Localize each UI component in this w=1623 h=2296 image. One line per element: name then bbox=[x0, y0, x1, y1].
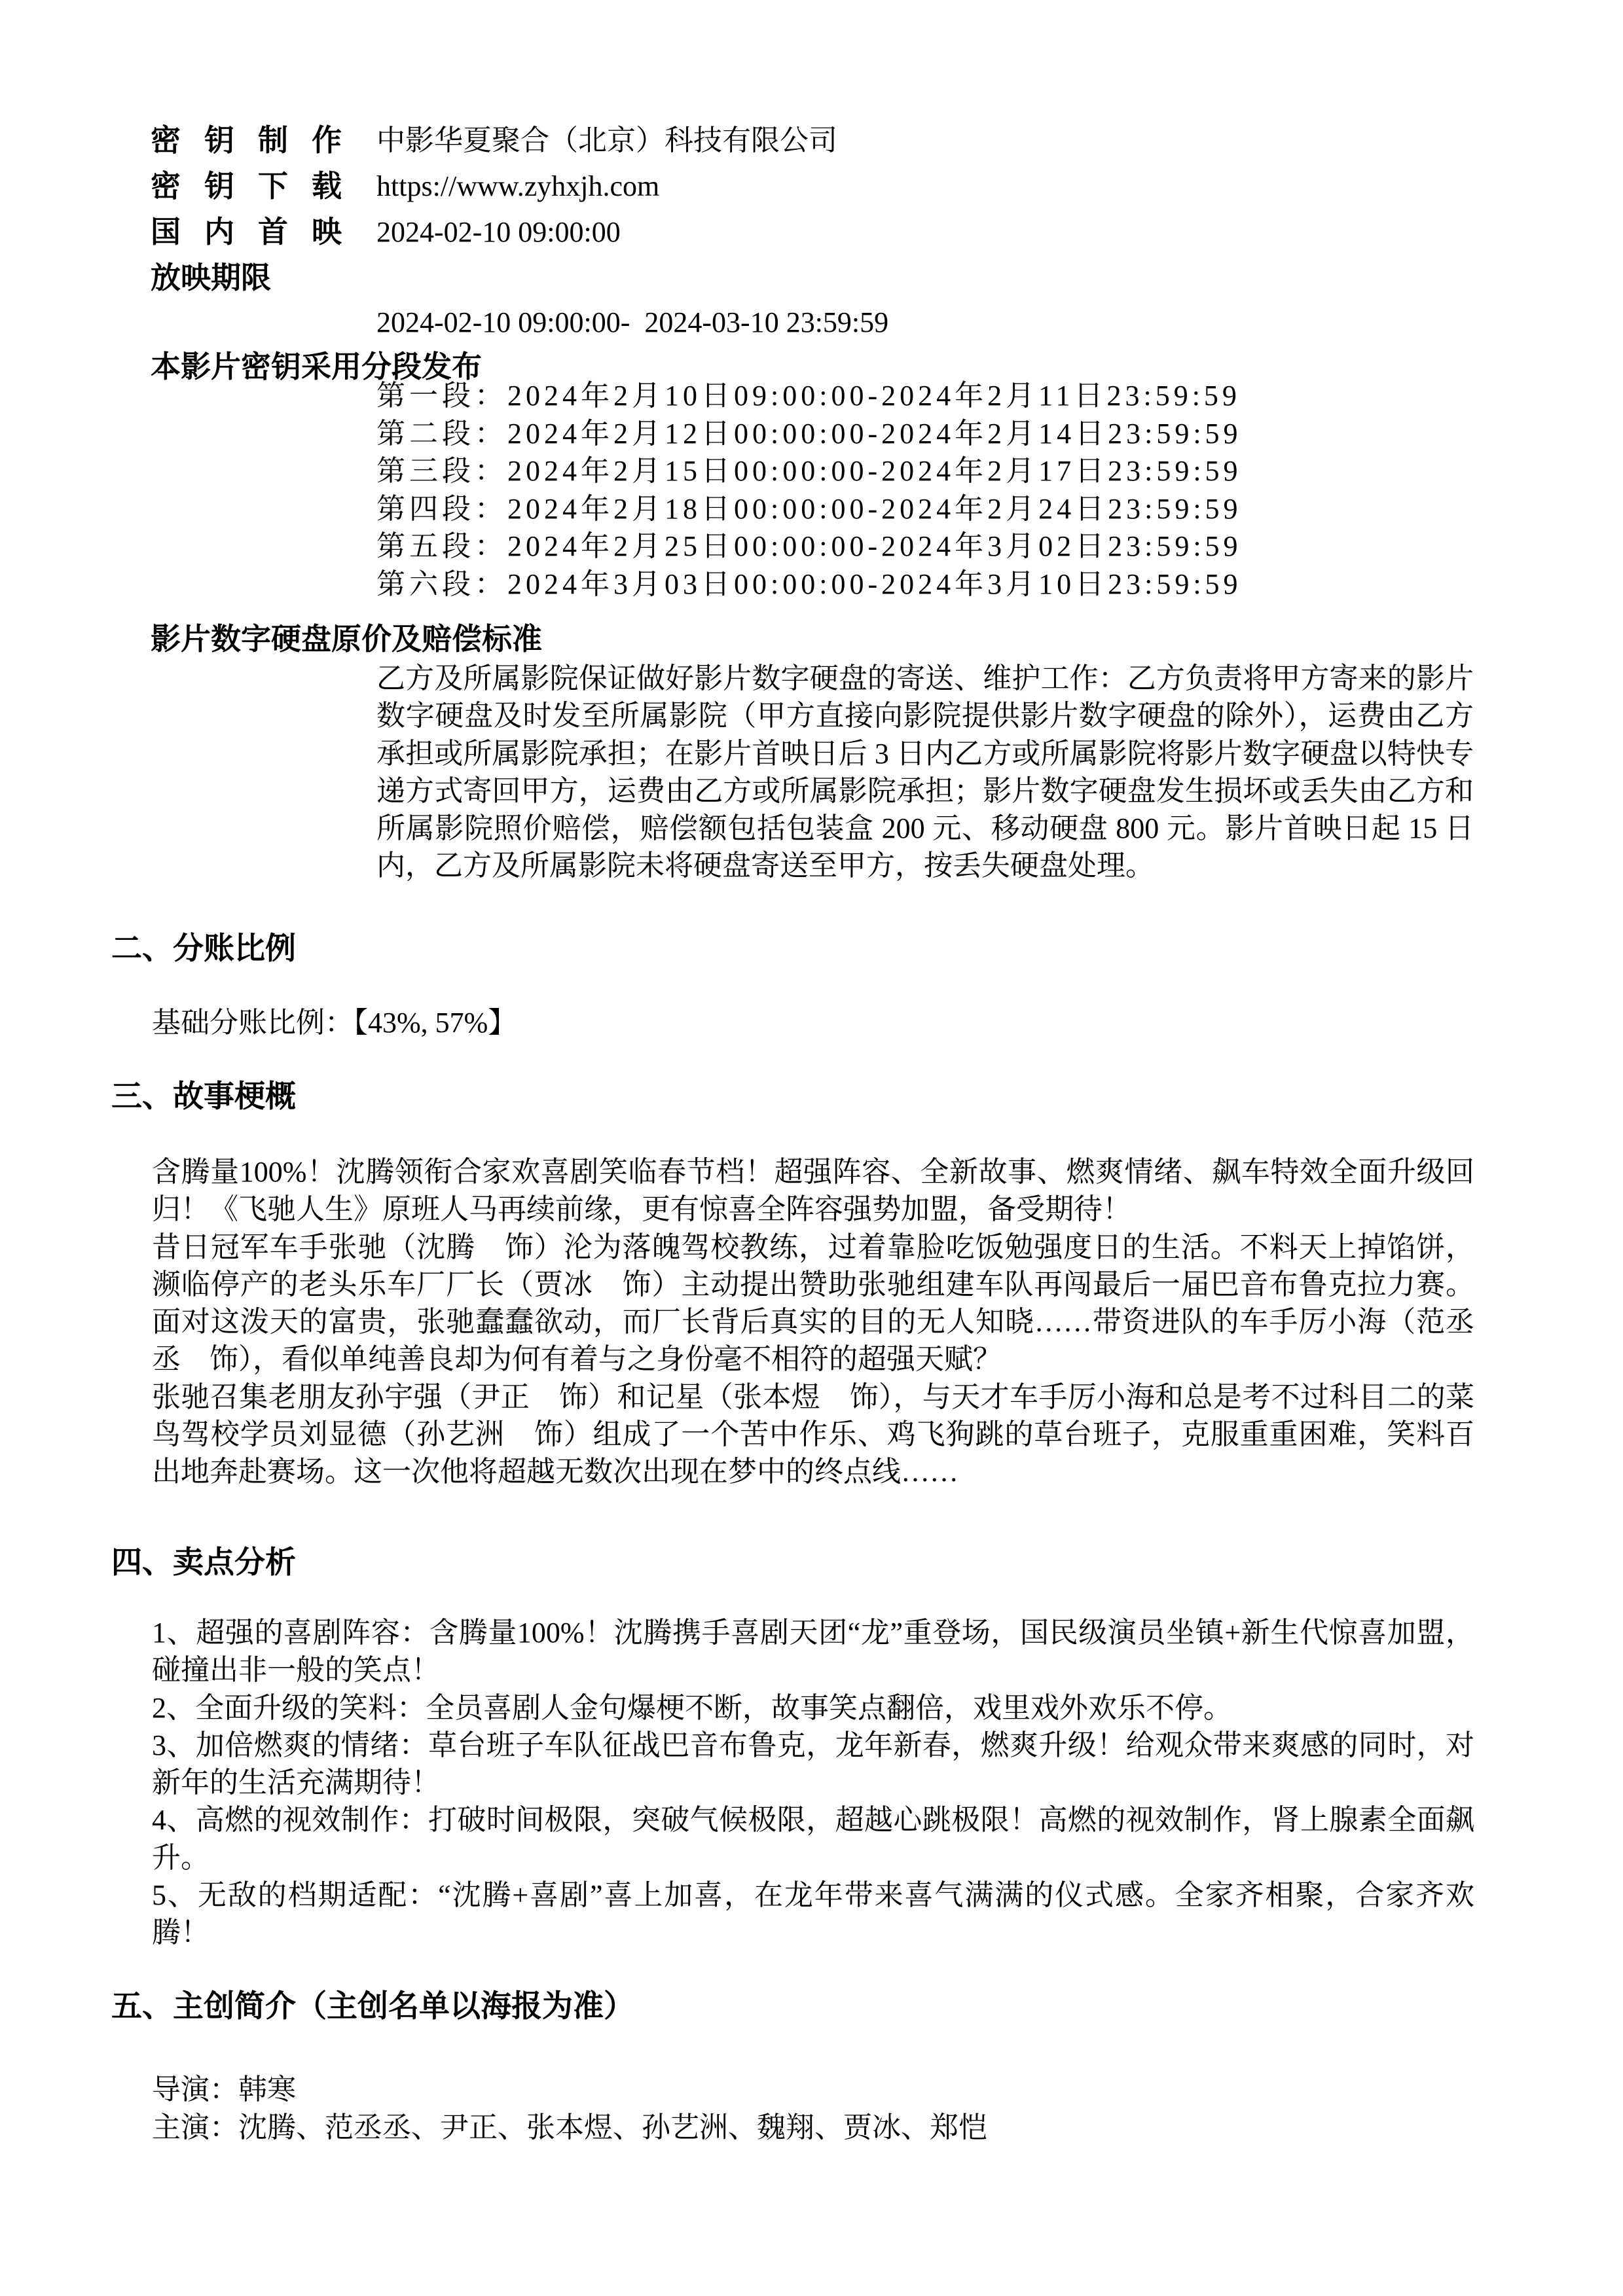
segment-line: 第五段：2024年2月25日00:00:00-2024年3月02日23:59:5… bbox=[376, 528, 1242, 565]
key-download-url: https://www.zyhxjh.com bbox=[376, 168, 659, 205]
share-ratio-line: 基础分账比例：【43%, 57%】 bbox=[152, 1004, 517, 1041]
selling-point-item: 3、加倍燃爽的情绪：草台班子车队征战巴音布鲁克，龙年新春，燃爽升级！给观众带来爽… bbox=[152, 1727, 1474, 1802]
key-maker-label: 密 钥 制 作 bbox=[151, 122, 342, 159]
disk-compensation-paragraph: 乙方及所属影院保证做好影片数字硬盘的寄送、维护工作：乙方负责将甲方寄来的影片数字… bbox=[376, 660, 1474, 885]
section-selling-heading: 四、卖点分析 bbox=[111, 1543, 296, 1581]
segment-line: 第四段：2024年2月18日00:00:00-2024年2月24日23:59:5… bbox=[376, 490, 1242, 528]
segment-line: 第一段：2024年2月10日09:00:00-2024年2月11日23:59:5… bbox=[376, 377, 1242, 415]
director-line: 导演：韩寒 bbox=[152, 2071, 296, 2108]
selling-point-item: 1、超强的喜剧阵容：含腾量100%！沈腾携手喜剧天团“龙”重登场，国民级演员坐镇… bbox=[152, 1614, 1474, 1689]
document-page: 密 钥 制 作 中影华夏聚合（北京）科技有限公司 密 钥 下 载 https:/… bbox=[0, 0, 1623, 2296]
screening-period-label: 放映期限 bbox=[151, 259, 271, 296]
section-share-heading: 二、分账比例 bbox=[111, 929, 296, 967]
synopsis-paragraph: 昔日冠军车手张驰（沈腾 饰）沦为落魄驾校教练，过着靠脸吃饭勉强度日的生活。不料天… bbox=[152, 1229, 1474, 1378]
selling-point-item: 4、高燃的视效制作：打破时间极限，突破气候极限，超越心跳极限！高燃的视效制作，肾… bbox=[152, 1801, 1474, 1876]
key-download-label: 密 钥 下 载 bbox=[151, 168, 342, 205]
stars-line: 主演：沈腾、范丞丞、尹正、张本煜、孙艺洲、魏翔、贾冰、郑恺 bbox=[152, 2109, 987, 2146]
disk-compensation-heading: 影片数字硬盘原价及赔偿标准 bbox=[151, 620, 542, 658]
section-cast-heading: 五、主创简介（主创名单以海报为准） bbox=[111, 1987, 634, 2024]
synopsis-paragraphs: 含腾量100%！沈腾领衔合家欢喜剧笑临春节档！超强阵容、全新故事、燃爽情绪、飙车… bbox=[152, 1153, 1474, 1491]
premiere-label: 国 内 首 映 bbox=[151, 213, 342, 251]
screening-period-value: 2024-02-10 09:00:00- 2024-03-10 23:59:59 bbox=[376, 304, 888, 341]
segment-line: 第六段：2024年3月03日00:00:00-2024年3月10日23:59:5… bbox=[376, 565, 1242, 603]
premiere-value: 2024-02-10 09:00:00 bbox=[376, 213, 621, 251]
selling-point-list: 1、超强的喜剧阵容：含腾量100%！沈腾携手喜剧天团“龙”重登场，国民级演员坐镇… bbox=[152, 1614, 1474, 1952]
segment-list: 第一段：2024年2月10日09:00:00-2024年2月11日23:59:5… bbox=[376, 377, 1242, 603]
section-synopsis-heading: 三、故事梗概 bbox=[111, 1077, 296, 1115]
synopsis-paragraph: 张驰召集老朋友孙宇强（尹正 饰）和记星（张本煜 饰），与天才车手厉小海和总是考不… bbox=[152, 1378, 1474, 1491]
key-maker-value: 中影华夏聚合（北京）科技有限公司 bbox=[376, 122, 837, 159]
segment-line: 第三段：2024年2月15日00:00:00-2024年2月17日23:59:5… bbox=[376, 452, 1242, 490]
selling-point-item: 5、无敌的档期适配：“沈腾+喜剧”喜上加喜，在龙年带来喜气满满的仪式感。全家齐相… bbox=[152, 1876, 1474, 1952]
segment-line: 第二段：2024年2月12日00:00:00-2024年2月14日23:59:5… bbox=[376, 415, 1242, 453]
synopsis-paragraph: 含腾量100%！沈腾领衔合家欢喜剧笑临春节档！超强阵容、全新故事、燃爽情绪、飙车… bbox=[152, 1153, 1474, 1229]
selling-point-item: 2、全面升级的笑料：全员喜剧人金句爆梗不断，故事笑点翻倍，戏里戏外欢乐不停。 bbox=[152, 1689, 1474, 1727]
